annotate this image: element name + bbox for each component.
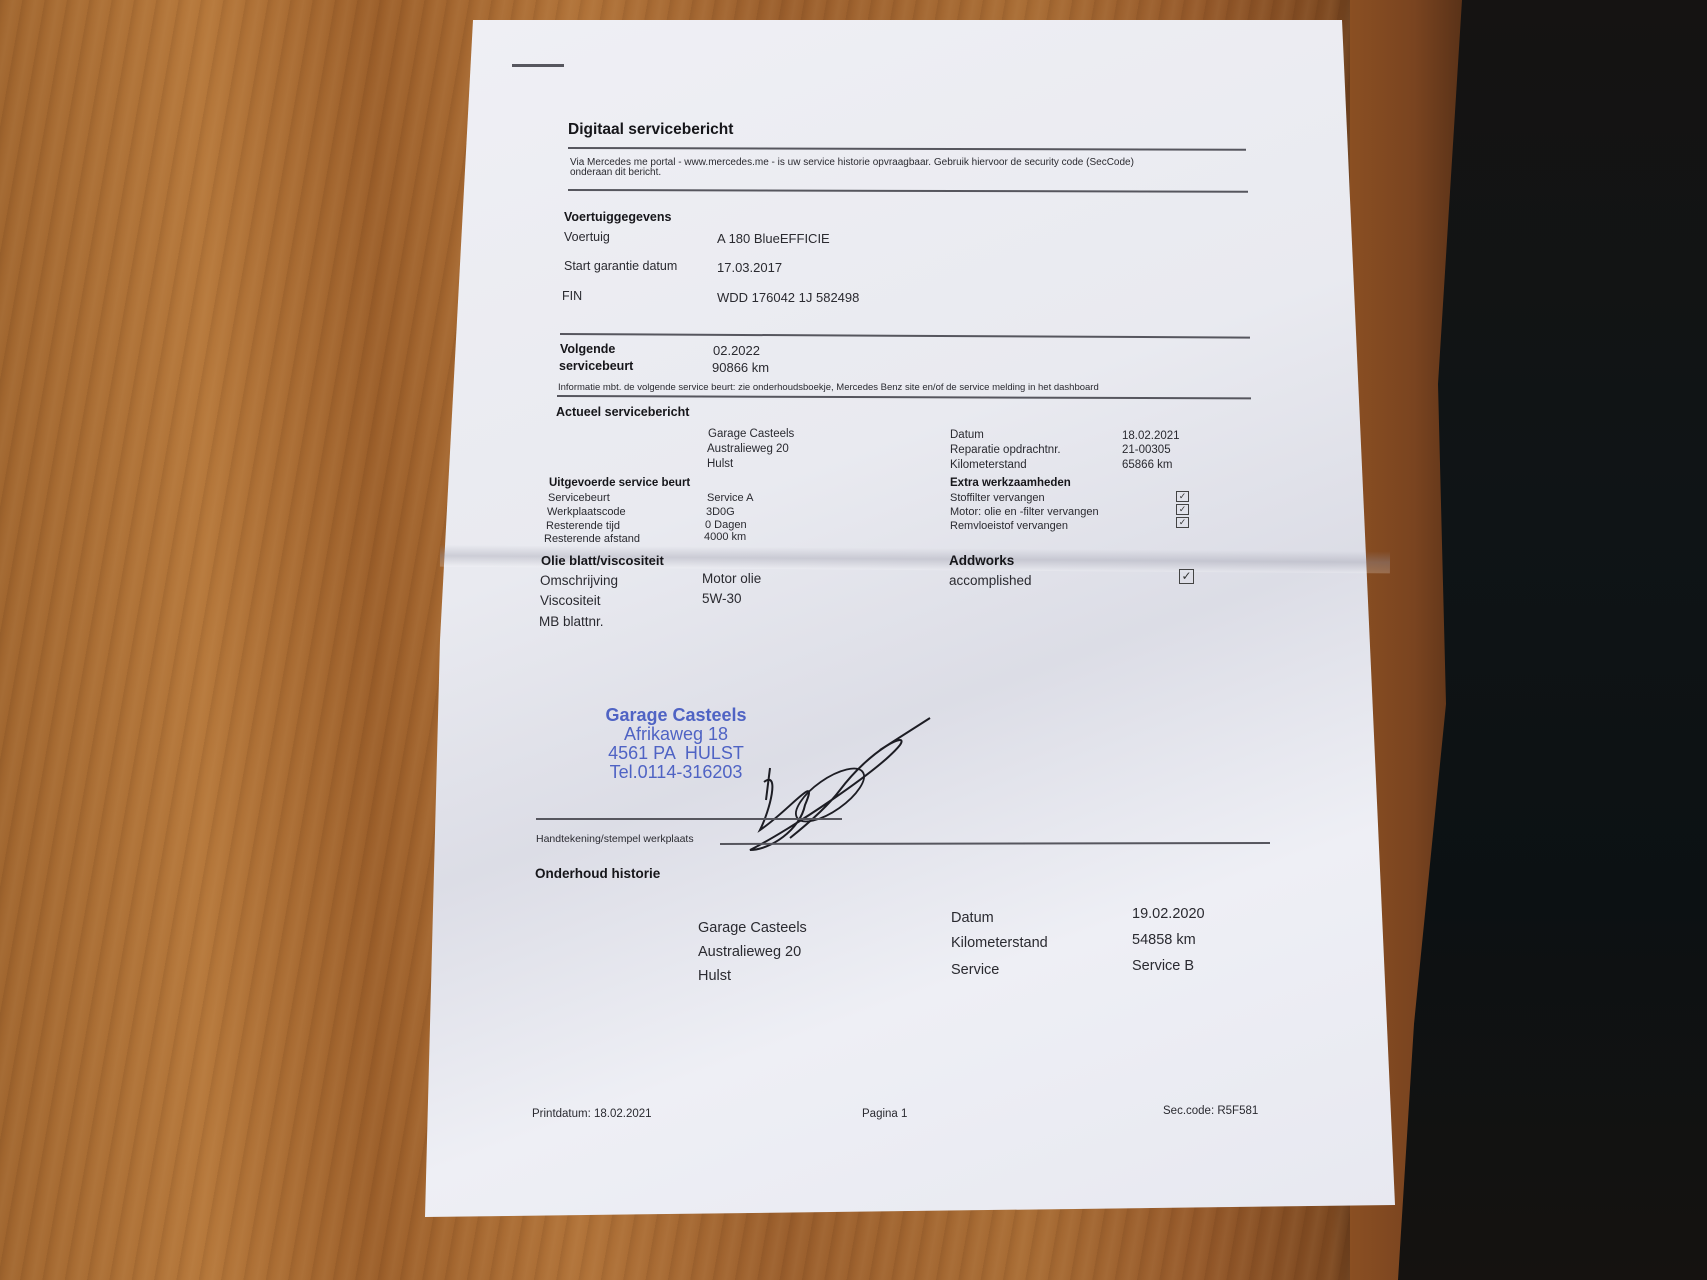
vehicle-value: A 180 BlueEFFICIE <box>717 231 830 246</box>
document-title: Digitaal servicebericht <box>568 121 733 139</box>
performed-heading: Uitgevoerde service beurt <box>549 477 690 489</box>
oil-label: MB blattnr. <box>539 614 604 629</box>
history-garage-street: Australieweg 20 <box>698 944 801 960</box>
oil-label: Viscositeit <box>540 593 601 608</box>
performed-value: 3D0G <box>706 506 735 518</box>
history-heading: Onderhoud historie <box>535 866 660 881</box>
next-service-label-2: servicebeurt <box>559 359 633 373</box>
vehicle-heading: Voertuiggegevens <box>564 210 671 224</box>
history-garage-city: Hulst <box>698 968 731 984</box>
performed-label: Servicebeurt <box>548 492 610 504</box>
repair-order-label: Reparatie opdrachtnr. <box>950 444 1061 456</box>
history-service-label: Service <box>951 962 999 978</box>
next-service-info: Informatie mbt. de volgende service beur… <box>558 382 1099 393</box>
current-garage-street: Australieweg 20 <box>707 443 789 455</box>
current-heading: Actueel servicebericht <box>556 405 689 419</box>
next-service-km: 90866 km <box>712 360 769 375</box>
extra-checkbox: ✓ <box>1176 491 1189 502</box>
performed-value: Service A <box>707 492 753 504</box>
extra-heading: Extra werkzaamheden <box>950 477 1071 489</box>
addworks-label: accomplished <box>949 573 1032 588</box>
extra-checkbox: ✓ <box>1176 517 1189 528</box>
history-odometer-value: 54858 km <box>1132 932 1196 948</box>
signature-label: Handtekening/stempel werkplaats <box>536 833 694 845</box>
oil-value: Motor olie <box>702 571 761 586</box>
signature <box>730 710 940 860</box>
addworks-checkbox: ✓ <box>1179 569 1194 584</box>
history-date-label: Datum <box>951 910 994 926</box>
extra-checkbox: ✓ <box>1176 504 1189 515</box>
fin-label: FIN <box>562 289 582 303</box>
security-code: Sec.code: R5F581 <box>1163 1105 1258 1117</box>
addworks-heading: Addworks <box>949 553 1014 568</box>
next-service-label-1: Volgende <box>560 342 615 356</box>
fin-value: WDD 176042 1J 582498 <box>717 290 859 305</box>
performed-value: 4000 km <box>704 531 746 543</box>
current-date-label: Datum <box>950 429 984 441</box>
top-mark <box>512 64 564 67</box>
warranty-value: 17.03.2017 <box>717 260 782 275</box>
print-date: Printdatum: 18.02.2021 <box>532 1108 652 1120</box>
odometer-value: 65866 km <box>1122 459 1173 471</box>
odometer-label: Kilometerstand <box>950 459 1027 471</box>
oil-value: 5W-30 <box>702 591 742 606</box>
page-number: Pagina 1 <box>862 1108 907 1120</box>
next-service-date: 02.2022 <box>713 343 760 358</box>
extra-item: Motor: olie en -filter vervangen <box>950 506 1099 518</box>
intro-line-2: onderaan dit bericht. <box>570 167 661 178</box>
current-garage-city: Hulst <box>707 458 733 470</box>
performed-label: Resterende afstand <box>544 533 640 545</box>
repair-order-value: 21-00305 <box>1122 444 1171 456</box>
warranty-label: Start garantie datum <box>564 259 677 273</box>
history-garage-name: Garage Casteels <box>698 920 807 936</box>
history-date-value: 19.02.2020 <box>1132 906 1205 922</box>
vehicle-label: Voertuig <box>564 230 610 244</box>
performed-label: Resterende tijd <box>546 520 620 532</box>
performed-value: 0 Dagen <box>705 519 747 531</box>
performed-label: Werkplaatscode <box>547 506 626 518</box>
current-date-value: 18.02.2021 <box>1122 430 1180 442</box>
signature-line <box>536 818 842 820</box>
current-garage-name: Garage Casteels <box>708 428 794 440</box>
oil-heading: Olie blatt/viscositeit <box>541 553 664 568</box>
history-odometer-label: Kilometerstand <box>951 935 1048 951</box>
extra-item: Remvloeistof vervangen <box>950 520 1068 532</box>
oil-label: Omschrijving <box>540 573 618 588</box>
extra-item: Stoffilter vervangen <box>950 492 1045 504</box>
history-service-value: Service B <box>1132 958 1194 974</box>
